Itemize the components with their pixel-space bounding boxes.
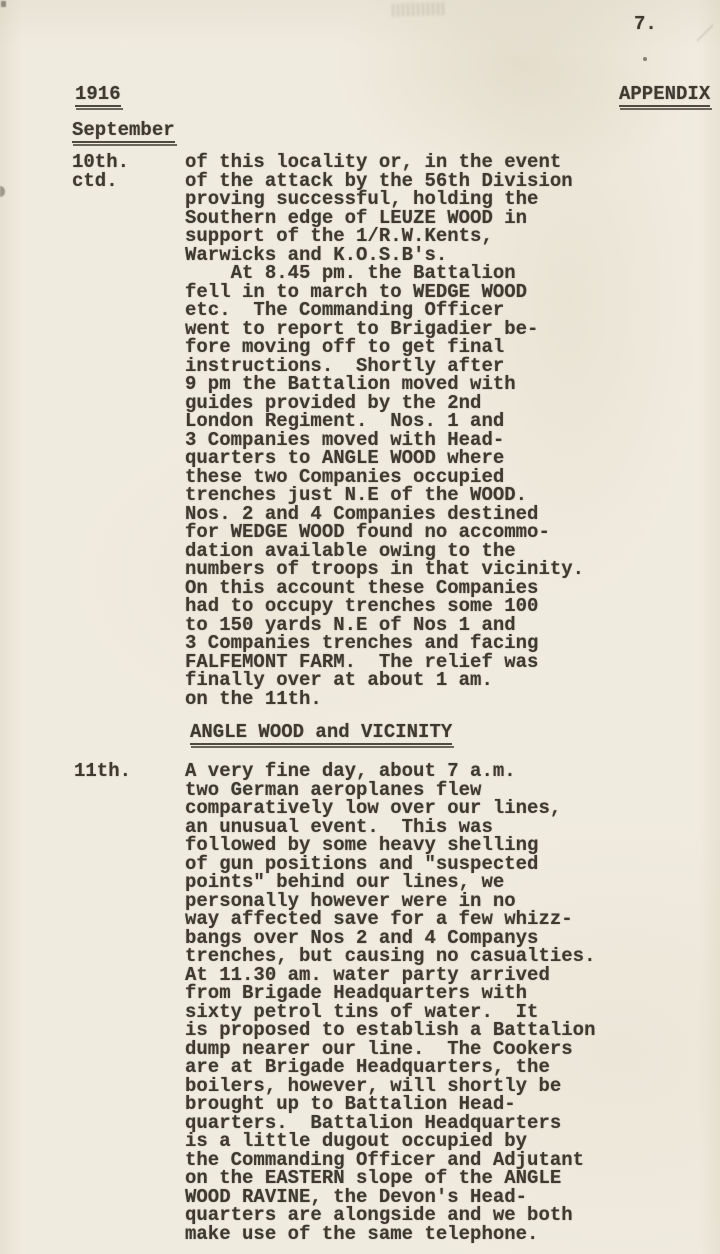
entry-body-11th: A very fine day, about 7 a.m. two German… xyxy=(185,762,595,1243)
entry-date-10th: 10th. ctd. xyxy=(72,153,129,190)
month-heading: September xyxy=(72,121,175,143)
paper-speck xyxy=(1,1,6,7)
year-heading: 1916 xyxy=(75,85,121,107)
entry-date-11th: 11th. xyxy=(74,762,131,781)
paper-speck xyxy=(643,57,647,61)
diary-scan-page: 7. 1916 APPENDIX September 10th. ctd. of… xyxy=(0,0,720,1254)
page-number: 7. xyxy=(634,15,657,34)
appendix-heading: APPENDIX xyxy=(619,85,710,107)
section-heading: ANGLE WOOD and VICINITY xyxy=(190,723,452,745)
ink-smudge xyxy=(392,2,444,17)
entry-body-10th: of this locality or, in the event of the… xyxy=(185,153,584,708)
paper-scratch xyxy=(697,22,713,44)
paper-speck xyxy=(0,186,5,197)
